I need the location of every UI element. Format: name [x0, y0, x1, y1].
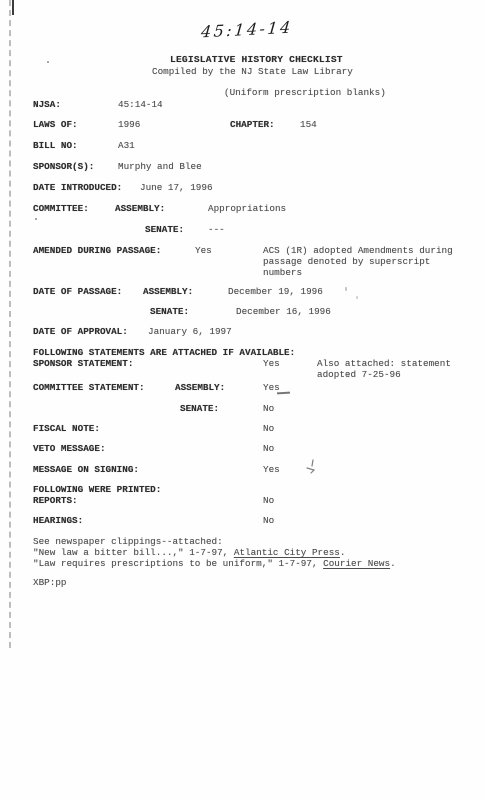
committee-assembly-label: ASSEMBLY: [115, 204, 165, 214]
date-of-passage-label: DATE OF PASSAGE: [33, 287, 122, 297]
pencil-underscore-mark [277, 392, 290, 394]
pencil-mark [345, 287, 347, 291]
veto-message-value: No [263, 444, 274, 454]
reports-label: REPORTS: [33, 496, 78, 506]
subject-line: (Uniform prescription blanks) [224, 88, 386, 98]
page-title: LEGISLATIVE HISTORY CHECKLIST [170, 55, 343, 65]
committee-statement-senate-label: SENATE: [180, 404, 219, 414]
pencil-mark [356, 296, 358, 299]
committee-senate-label: SENATE: [145, 225, 184, 235]
sponsors-value: Murphy and Blee [118, 162, 202, 172]
njsa-label: NJSA: [33, 100, 61, 110]
date-introduced-label: DATE INTRODUCED: [33, 183, 122, 193]
amended-note-line1: ACS (1R) adopted Amendments during [263, 246, 453, 256]
committee-assembly-value: Appropriations [208, 204, 286, 214]
laws-of-label: LAWS OF: [33, 120, 78, 130]
amended-note-line2: passage denoted by superscript [263, 257, 430, 267]
passage-senate-value: December 16, 1996 [236, 307, 331, 317]
sponsors-label: SPONSOR(S): [33, 162, 94, 172]
njsa-value: 45:14-14 [118, 100, 163, 110]
scan-speck [35, 218, 37, 220]
amended-label: AMENDED DURING PASSAGE: [33, 246, 161, 256]
handwritten-check-mark [301, 458, 323, 476]
committee-statement-assembly-label: ASSEMBLY: [175, 383, 225, 393]
sponsor-statement-note-line1: Also attached: statement [317, 359, 451, 369]
message-on-signing-value: Yes [263, 465, 280, 475]
committee-senate-value: --- [208, 225, 225, 235]
message-on-signing-label: MESSAGE ON SIGNING: [33, 465, 139, 475]
chapter-label: CHAPTER: [230, 120, 275, 130]
clipping-1-text: "New law a bitter bill...," 1-7-97, [33, 547, 234, 558]
clipping-line-1: "New law a bitter bill...," 1-7-97, Atla… [33, 548, 345, 558]
sponsor-statement-note-line2: adopted 7-25-96 [317, 370, 401, 380]
fiscal-note-value: No [263, 424, 274, 434]
sponsor-statement-value: Yes [263, 359, 280, 369]
passage-senate-label: SENATE: [150, 307, 189, 317]
clipping-1-source: Atlantic City Press [234, 547, 340, 558]
compiler-initials: XBP:pp [33, 578, 66, 588]
passage-assembly-label: ASSEMBLY: [143, 287, 193, 297]
date-of-approval-label: DATE OF APPROVAL: [33, 327, 128, 337]
statements-heading: FOLLOWING STATEMENTS ARE ATTACHED IF AVA… [33, 348, 295, 358]
amended-value: Yes [195, 246, 212, 256]
clipping-2-text: "Law requires prescriptions to be unifor… [33, 558, 323, 569]
committee-statement-senate-value: No [263, 404, 274, 414]
bill-no-label: BILL NO: [33, 141, 78, 151]
clipping-1-suffix: . [340, 547, 346, 558]
clipping-2-source: Courier News [323, 558, 390, 569]
sponsor-statement-label: SPONSOR STATEMENT: [33, 359, 133, 369]
scan-margin-dark-line [12, 0, 14, 15]
hearings-value: No [263, 516, 274, 526]
clippings-intro: See newspaper clippings--attached: [33, 537, 223, 547]
clipping-line-2: "Law requires prescriptions to be unifor… [33, 559, 396, 569]
scan-margin-dashed-line [9, 0, 11, 648]
bill-no-value: A31 [118, 141, 135, 151]
laws-of-value: 1996 [118, 120, 140, 130]
chapter-value: 154 [300, 120, 317, 130]
date-introduced-value: June 17, 1996 [140, 183, 213, 193]
veto-message-label: VETO MESSAGE: [33, 444, 106, 454]
amended-note-line3: numbers [263, 268, 302, 278]
clipping-2-suffix: . [390, 558, 396, 569]
hearings-label: HEARINGS: [33, 516, 83, 526]
committee-label: COMMITTEE: [33, 204, 89, 214]
printed-heading: FOLLOWING WERE PRINTED: [33, 485, 161, 495]
reports-value: No [263, 496, 274, 506]
page-subtitle: Compiled by the NJ State Law Library [152, 67, 353, 77]
document-page: 45:14-14 LEGISLATIVE HISTORY CHECKLIST C… [0, 0, 487, 800]
committee-statement-label: COMMITTEE STATEMENT: [33, 383, 145, 393]
date-of-approval-value: January 6, 1997 [148, 327, 232, 337]
passage-assembly-value: December 19, 1996 [228, 287, 323, 297]
scan-speck [47, 61, 49, 63]
handwritten-citation: 45:14-14 [200, 18, 293, 42]
fiscal-note-label: FISCAL NOTE: [33, 424, 100, 434]
